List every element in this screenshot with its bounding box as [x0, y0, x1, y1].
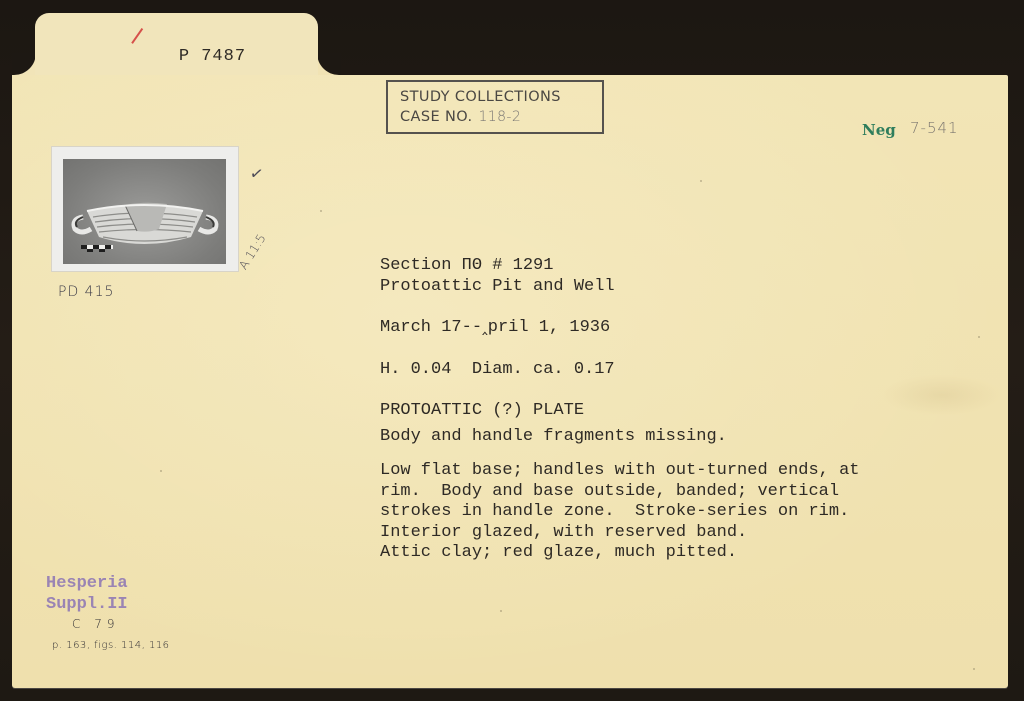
negative-label: Neg [862, 121, 896, 139]
negative-number: 7-541 [910, 119, 959, 137]
stamp-case-label: CASE NO. [400, 109, 473, 125]
excavation-date: March 17--‸pril 1, 1936 [380, 318, 610, 338]
description: Low flat base; handles with out-turned e… [380, 461, 859, 564]
paper-speck [978, 336, 980, 338]
paper-speck [700, 180, 702, 182]
page-reference: p. 163, figs. 114, 116 [52, 640, 170, 651]
hesperia-stamp: HesperiaSuppl.II [46, 573, 128, 615]
stamp-case-line: CASE NO.118-2 [400, 109, 521, 125]
object-title: PROTOATTIC (?) PLATE [380, 401, 584, 421]
description-line: Attic clay; red glaze, much pitted. [380, 543, 859, 564]
description-line: Low flat base; handles with out-turned e… [380, 461, 859, 482]
dimensions: H. 0.04 Diam. ca. 0.17 [380, 360, 615, 380]
description-line: strokes in handle zone. Stroke-series on… [380, 502, 859, 523]
paper-speck [973, 668, 975, 670]
paper-speck [320, 210, 322, 212]
description-line: rim. Body and base outside, banded; vert… [380, 482, 859, 503]
study-collections-stamp: STUDY COLLECTIONS CASE NO.118-2 [386, 80, 604, 134]
catalog-number-value: 7487 [201, 47, 246, 66]
stamp-case-number: 118-2 [479, 109, 522, 125]
catalog-prefix: P [179, 47, 190, 66]
plate-image-icon [63, 159, 226, 264]
stamp-title: STUDY COLLECTIONS [400, 89, 561, 105]
hesperia-stamp-line1: Hesperia [46, 573, 128, 594]
paper-speck [500, 610, 502, 612]
tab-corner-right [317, 53, 341, 77]
condition-note: Body and handle fragments missing. [380, 427, 727, 447]
tab-corner-left [12, 53, 36, 77]
hesperia-stamp-line2: Suppl.II [46, 594, 128, 615]
index-card-scan: P 7487 STUDY COLLECTIONS CASE NO.118-2 N… [0, 0, 1024, 701]
catalog-number: P 7487 [134, 28, 246, 85]
description-line: Interior glazed, with reserved band. [380, 523, 859, 544]
section-number: Section ΠΘ # 1291 [380, 256, 553, 276]
deposit-name: Protoattic Pit and Well [380, 277, 615, 297]
catalog-reference: C 79 [72, 617, 119, 631]
plate-photograph [63, 159, 226, 264]
photo-caption: PD 415 [58, 284, 114, 300]
photo-mount [52, 147, 238, 271]
paper-speck [160, 470, 162, 472]
